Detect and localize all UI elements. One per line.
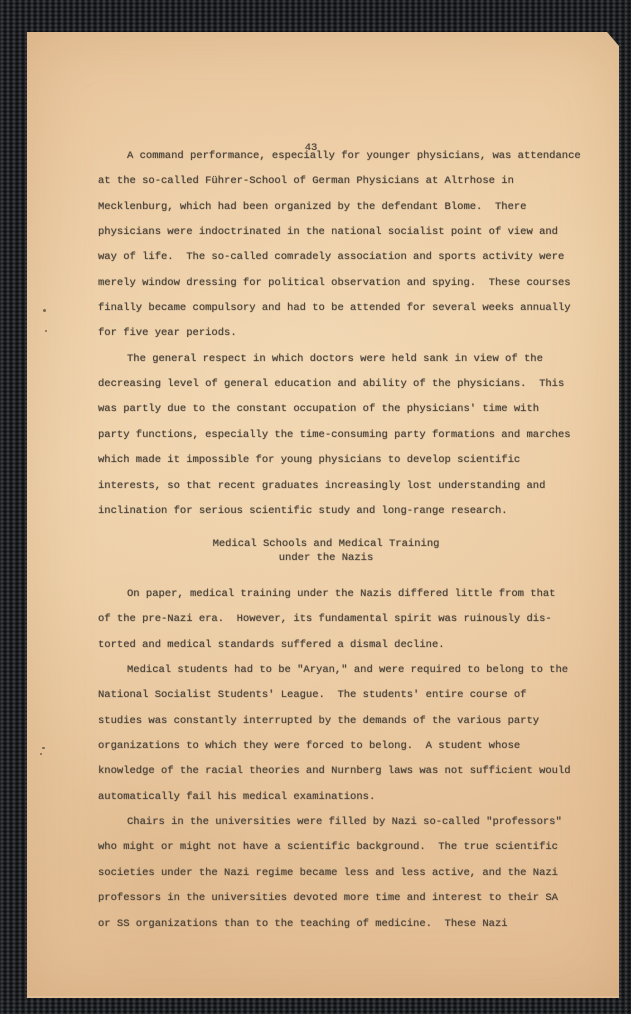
text-line: which made it impossible for young physi…: [98, 448, 580, 473]
text-line: National Socialist Students' League. The…: [98, 683, 580, 708]
text-line: inclination for serious scientific study…: [98, 499, 580, 524]
text-line: Mecklenburg, which had been organized by…: [98, 195, 580, 220]
text-line: interests, so that recent graduates incr…: [98, 474, 580, 499]
paragraph: Medical students had to be "Aryan," and …: [98, 658, 580, 810]
text-line: for five year periods.: [98, 321, 580, 346]
paragraph: The general respect in which doctors wer…: [98, 347, 580, 524]
text-line: finally became compulsory and had to be …: [98, 296, 580, 321]
text-line: professors in the universities devoted m…: [98, 886, 580, 911]
text-line: On paper, medical training under the Naz…: [98, 582, 580, 607]
text-line: under the Nazis: [85, 552, 567, 566]
text-line: Medical students had to be "Aryan," and …: [98, 658, 580, 683]
text-line: A command performance, especially for yo…: [98, 144, 580, 169]
text-line: decreasing level of general education an…: [98, 372, 580, 397]
paragraph: On paper, medical training under the Naz…: [98, 582, 580, 658]
text-line: Medical Schools and Medical Training: [85, 538, 567, 552]
text-line: way of life. The so-called comradely ass…: [98, 245, 580, 270]
text-line: knowledge of the racial theories and Nur…: [98, 759, 580, 784]
text-line: societies under the Nazi regime became l…: [98, 861, 580, 886]
text-line: was partly due to the constant occupatio…: [98, 397, 580, 422]
text-line: at the so-called Führer-School of German…: [98, 169, 580, 194]
text-line: party functions, especially the time-con…: [98, 423, 580, 448]
text-line: who might or might not have a scientific…: [98, 835, 580, 860]
text-line: Chairs in the universities were filled b…: [98, 810, 580, 835]
page-text: A command performance, especially for yo…: [27, 32, 619, 998]
text-line: organizations to which they were forced …: [98, 734, 580, 759]
scanned-document-page: 43 A command performance, especially for…: [27, 32, 619, 998]
text-line: The general respect in which doctors wer…: [98, 347, 580, 372]
section-heading: Medical Schools and Medical Trainingunde…: [85, 538, 567, 566]
text-line: automatically fail his medical examinati…: [98, 785, 580, 810]
text-line: studies was constantly interrupted by th…: [98, 709, 580, 734]
text-line: of the pre-Nazi era. However, its fundam…: [98, 607, 580, 632]
text-line: physicians were indoctrinated in the nat…: [98, 220, 580, 245]
text-line: or SS organizations than to the teaching…: [98, 912, 580, 937]
paragraph: A command performance, especially for yo…: [98, 144, 580, 347]
text-line: torted and medical standards suffered a …: [98, 633, 580, 658]
text-line: merely window dressing for political obs…: [98, 271, 580, 296]
scanner-background: { "scan": { "colors": { "background": "#…: [0, 0, 631, 1014]
paragraph: Chairs in the universities were filled b…: [98, 810, 580, 937]
